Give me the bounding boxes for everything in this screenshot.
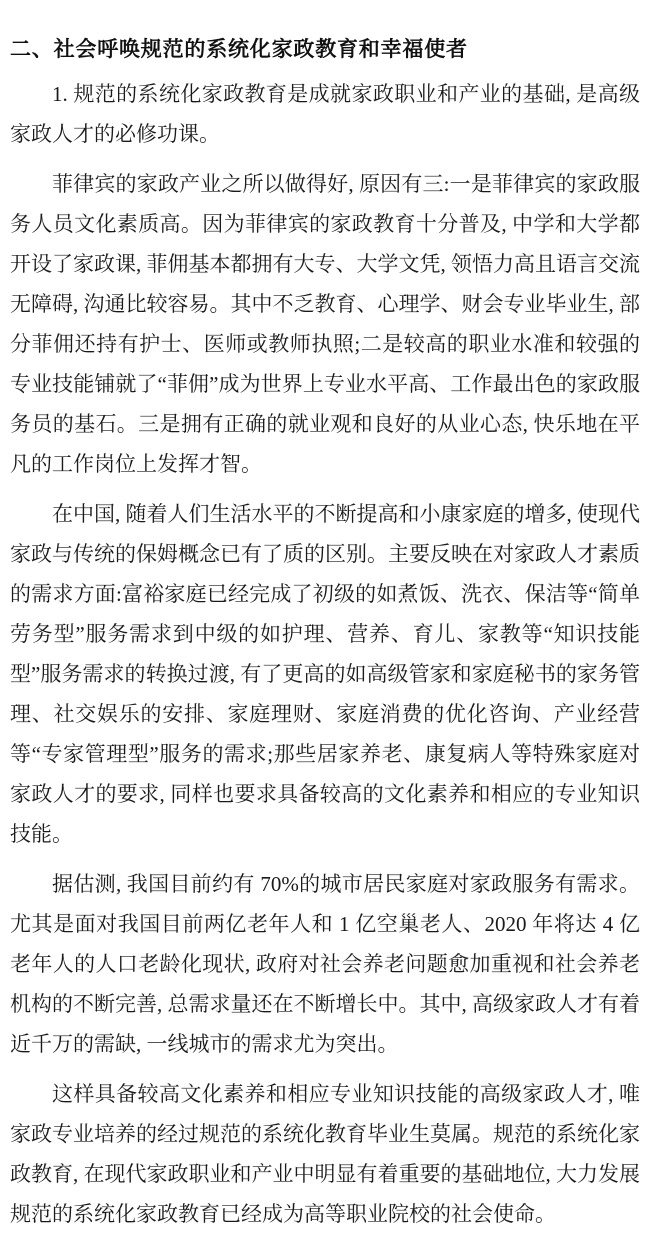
paragraph-1: 1. 规范的系统化家政教育是成就家政职业和产业的基础, 是高级家政人才的必修功课…: [10, 74, 640, 154]
paragraph-2: 菲律宾的家政产业之所以做得好, 原因有三:一是菲律宾的家政服务人员文化素质高。因…: [10, 164, 640, 484]
section-heading: 二、社会呼唤规范的系统化家政教育和幸福使者: [10, 34, 640, 64]
paragraph-4: 据估测, 我国目前约有 70%的城市居民家庭对家政服务有需求。尤其是面对我国目前…: [10, 864, 640, 1064]
paragraph-3: 在中国, 随着人们生活水平的不断提高和小康家庭的增多, 使现代家政与传统的保姆概…: [10, 494, 640, 854]
paragraph-5: 这样具备较高文化素养和相应专业知识技能的高级家政人才, 唯家政专业培养的经过规范…: [10, 1074, 640, 1234]
document-page: 二、社会呼唤规范的系统化家政教育和幸福使者 1. 规范的系统化家政教育是成就家政…: [0, 0, 651, 1256]
